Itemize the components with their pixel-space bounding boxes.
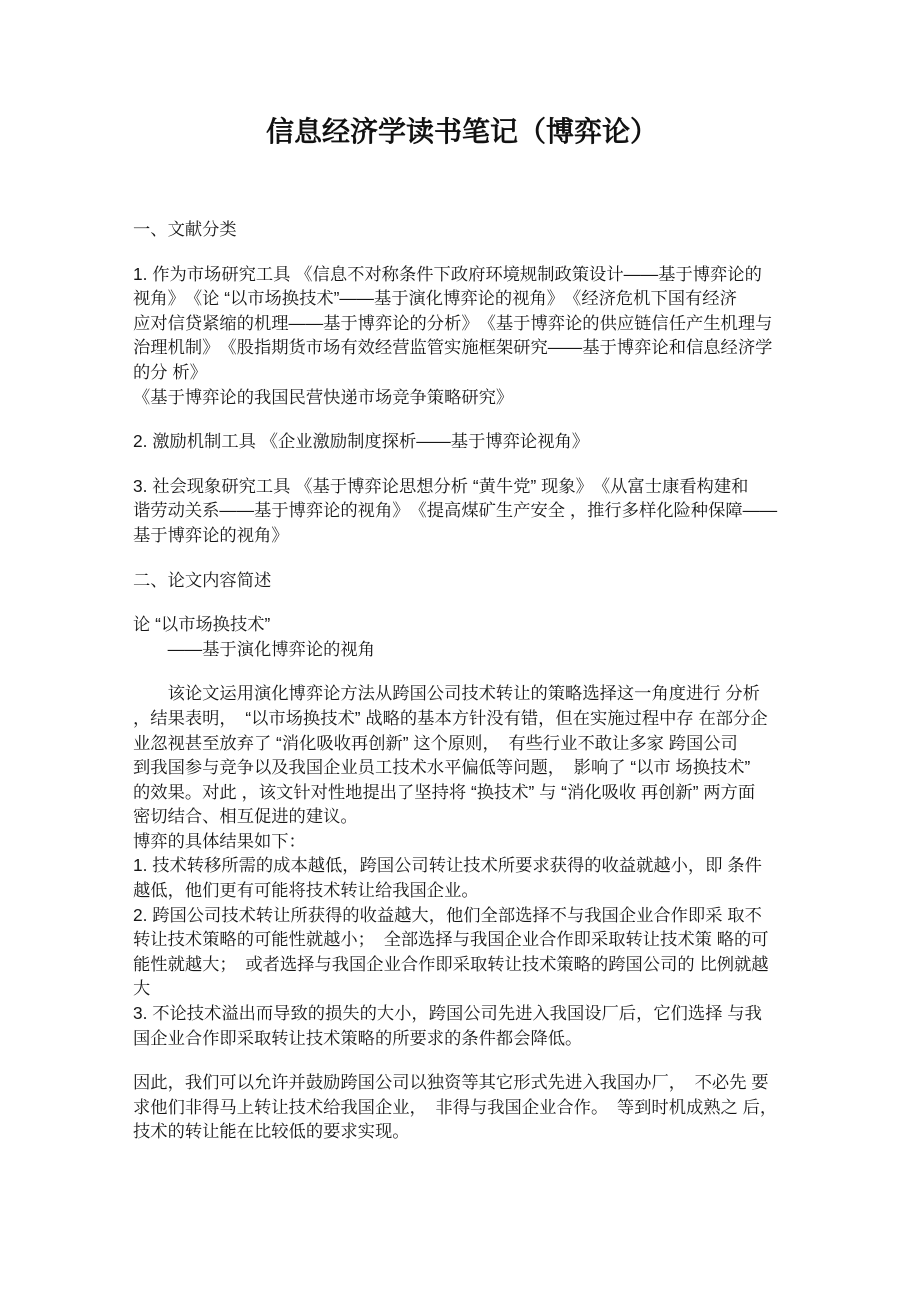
paragraph-paper-title: 论 “以市场换技术” ——基于演化博弈论的视角 <box>133 612 791 661</box>
paragraph-literature-incentive: 2. 激励机制工具 《企业激励制度探析——基于博弈论视角》 <box>133 429 791 454</box>
document-content: 信息经济学读书笔记（博弈论） 一、文献分类 1. 作为市场研究工具 《信息不对称… <box>133 112 791 1164</box>
paragraph-literature-market-research: 1. 作为市场研究工具 《信息不对称条件下政府环境规制政策设计——基于博弈论的 … <box>133 262 791 410</box>
paragraph-literature-social-phenomena: 3. 社会现象研究工具 《基于博弈论思想分析 “黄牛党” 现象》 《从富士康看构… <box>133 474 791 548</box>
section-heading-literature: 一、文献分类 <box>133 217 791 242</box>
paragraph-conclusion: 因此，我们可以允许并鼓励跨国公司以独资等其它形式先进入我国办厂， 不必先 要 求… <box>133 1070 791 1144</box>
doc-title: 信息经济学读书笔记（博弈论） <box>133 112 791 152</box>
section-heading-paper-summary: 二、论文内容简述 <box>133 568 791 593</box>
document-page: 信息经济学读书笔记（博弈论） 一、文献分类 1. 作为市场研究工具 《信息不对称… <box>0 0 920 1303</box>
paragraph-paper-summary: 该论文运用演化博弈论方法从跨国公司技术转让的策略选择这一角度进行 分析 ，结果表… <box>133 681 791 1050</box>
